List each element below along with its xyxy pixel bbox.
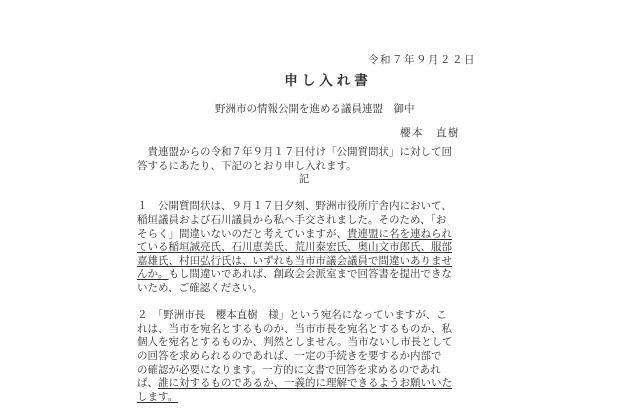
underlined-text: 嘉雄氏、村田弘行氏は、いずれも当市市議会議員で間違いありませ — [137, 255, 452, 267]
body-line: 稲垣議員および石川議員から私へ手交されました。そのため、「お — [137, 214, 471, 228]
addressee-line: 野洲市の情報公開を進める議員連盟 御中 — [215, 101, 415, 116]
item-2-paragraph: ２ 「野洲市長 櫻本直樹 様」という宛名になっていますが、こ れは、当市を宛名と… — [137, 309, 471, 404]
body-line: れは、当市を宛名とするものか、当市市長を宛名とするものか、私 — [137, 323, 471, 337]
body-line: の確認が必要になります。一方的に文書で回答を求めるのであれ — [137, 364, 471, 378]
document-title: 申し入れ書 — [0, 69, 640, 89]
body-line: 答するにあたり、下記のとおり申し入れます。 — [137, 160, 471, 174]
body-line: ２ 「野洲市長 櫻本直樹 様」という宛名になっていますが、こ — [137, 309, 471, 323]
scanned-letter-page: 令和７年９月２２日 申し入れ書 野洲市の情報公開を進める議員連盟 御中 櫻本 直… — [0, 0, 640, 420]
body-line: ている稲垣誠亮氏、石川恵美氏、荒川泰宏氏、奥山文市郎氏、服部 — [137, 241, 471, 255]
body-line: そらく」間違いないのだと考えていますが、貴連盟に名を連ねられ — [137, 228, 471, 242]
body-line: します。 — [137, 391, 471, 405]
letter-body: 貴連盟からの令和７年９月１７日付け「公開質問状」に対して回 答するにあたり、下記… — [137, 146, 471, 404]
body-line: んか。もし間違いであれば、創政会会派室まで回答書を提出できな — [137, 268, 471, 282]
underlined-text: ている稲垣誠亮氏、石川恵美氏、荒川泰宏氏、奥山文市郎氏、服部 — [137, 241, 452, 253]
underlined-text: します。 — [137, 391, 178, 403]
document-date: 令和７年９月２２日 — [368, 52, 476, 67]
item-1-paragraph: １ 公開質問状は、９月１７日夕刻、野洲市役所庁舎内において、 稲垣議員および石川… — [137, 200, 471, 295]
underlined-text: 誰に対するものであるか、一義的に理解できるようお願いいた — [158, 377, 452, 389]
body-line: いため、ご確認ください。 — [137, 282, 471, 296]
body-line: 個人を宛名とするものか、判然としません。当市ないし市長として — [137, 336, 471, 350]
underlined-text: 貴連盟に名を連ねられ — [347, 228, 452, 240]
body-line: 貴連盟からの令和７年９月１７日付け「公開質問状」に対して回 — [137, 146, 471, 160]
ki-marker: 記 — [137, 173, 471, 187]
body-line: 嘉雄氏、村田弘行氏は、いずれも当市市議会議員で間違いありませ — [137, 255, 471, 269]
intro-paragraph: 貴連盟からの令和７年９月１７日付け「公開質問状」に対して回 答するにあたり、下記… — [137, 146, 471, 173]
underlined-text: んか。 — [137, 268, 169, 280]
body-line: の回答を求められるのであれば、一定の手続きを要するか内部で — [137, 350, 471, 364]
body-line: １ 公開質問状は、９月１７日夕刻、野洲市役所庁舎内において、 — [137, 200, 471, 214]
body-line: ば、誰に対するものであるか、一義的に理解できるようお願いいた — [137, 377, 471, 391]
sender-name: 櫻本 直樹 — [400, 125, 460, 140]
